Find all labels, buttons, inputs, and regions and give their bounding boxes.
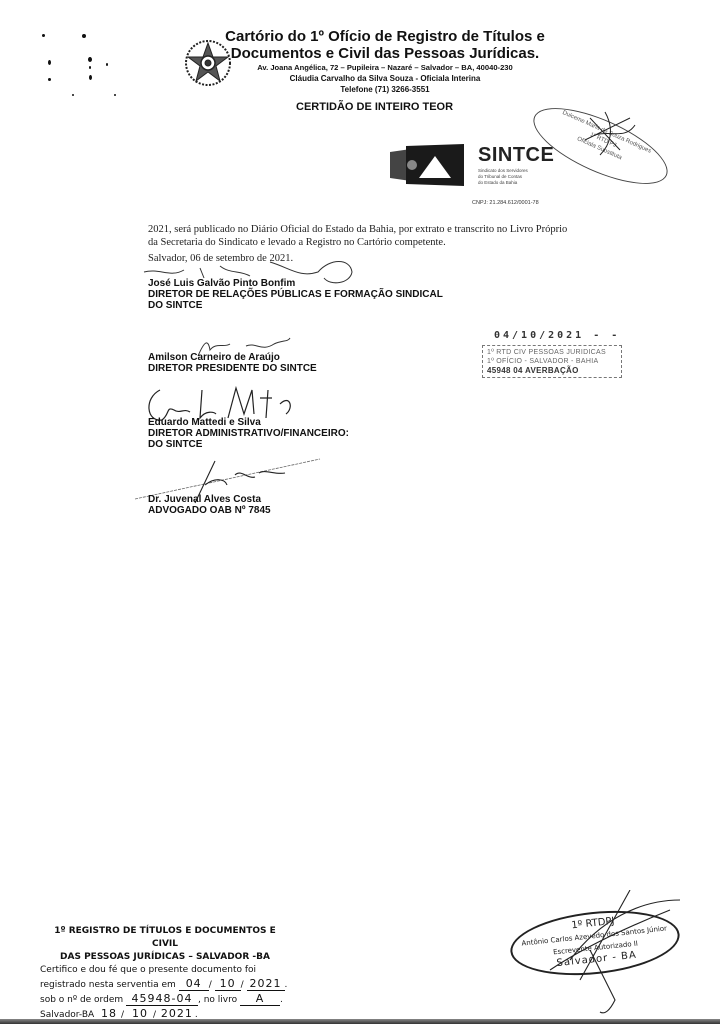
signatory-1-role: DIRETOR DE RELAÇÕES PÚBLICAS E FORMAÇÃO …: [148, 289, 443, 300]
scan-artifacts: [0, 0, 180, 110]
registration-line3: sob o nº de ordem 45948-04, no livro A.: [40, 992, 290, 1007]
signatory-3-role: DIRETOR ADMINISTRATIVO/FINANCEIRO:: [148, 428, 349, 439]
header-title-line1: Cartório do 1º Ofício de Registro de Tít…: [225, 28, 545, 45]
signatory-4-name: Dr. Juvenal Alves Costa: [148, 494, 271, 505]
registration-certificate: 1º REGISTRO DE TÍTULOS E DOCUMENTOS E CI…: [40, 925, 290, 1022]
signatory-2-name: Amilson Carneiro de Araújo: [148, 352, 317, 363]
reg-year: 2021: [247, 977, 285, 991]
reg-day: 04: [179, 977, 209, 991]
signatory-4-role: ADVOGADO OAB Nº 7845: [148, 505, 271, 516]
stamp-signature-icon: [580, 110, 640, 160]
registration-line2: registrado nesta serventia em 04/ 10/ 20…: [40, 977, 290, 992]
signatory-2: Amilson Carneiro de Araújo DIRETOR PRESI…: [148, 352, 317, 374]
signatory-2-role: DIRETOR PRESIDENTE DO SINTCE: [148, 363, 317, 374]
registry-header: Cartório do 1º Ofício de Registro de Tít…: [225, 28, 545, 95]
document-title: CERTIDÃO DE INTEIRO TEOR: [296, 101, 453, 113]
registry-stamp-date: 04/10/2021 - -: [482, 330, 622, 341]
signatory-1: José Luis Galvão Pinto Bonfim DIRETOR DE…: [148, 278, 443, 311]
signatory-3-name: Eduardo Mattedi e Silva: [148, 417, 349, 428]
scan-edge: [0, 1019, 720, 1024]
sintce-logo: SINTCE Sindicato dos Servidores do Tribu…: [388, 142, 568, 207]
registry-stamp: 04/10/2021 - - 1º RTD CIV PESSOAS JURIDI…: [482, 330, 622, 378]
sintce-cnpj: CNPJ: 21.284.612/0001-78: [472, 200, 539, 206]
sintce-subtitle: Sindicato dos Servidores do Tribunal de …: [478, 168, 528, 186]
signatory-3: Eduardo Mattedi e Silva DIRETOR ADMINIST…: [148, 417, 349, 450]
body-paragraph: 2021, será publicado no Diário Oficial d…: [148, 223, 568, 249]
sintce-name: SINTCE: [478, 144, 554, 167]
header-address: Av. Joana Angélica, 72 – Pupileira – Naz…: [225, 62, 545, 73]
registration-heading-line2: DAS PESSOAS JURÍDICAS – SALVADOR -BA: [40, 951, 290, 964]
registration-heading-line1: 1º REGISTRO DE TÍTULOS E DOCUMENTOS E CI…: [40, 925, 290, 951]
signatory-3-role-line2: DO SINTCE: [148, 439, 349, 450]
order-number: 45948-04: [126, 992, 198, 1006]
book-letter: A: [240, 992, 280, 1006]
bottom-signature-icon: [520, 890, 690, 1020]
signatory-4: Dr. Juvenal Alves Costa ADVOGADO OAB Nº …: [148, 494, 271, 516]
header-phone: Telefone (71) 3266-3551: [225, 84, 545, 95]
signatory-1-name: José Luis Galvão Pinto Bonfim: [148, 278, 443, 289]
header-title-line2: Documentos e Civil das Pessoas Jurídicas…: [225, 45, 545, 62]
signatory-1-role-line2: DO SINTCE: [148, 300, 443, 311]
header-officer: Cláudia Carvalho da Silva Souza - Oficia…: [225, 73, 545, 84]
reg-month: 10: [215, 977, 241, 991]
sintce-emblem-icon: [388, 142, 468, 187]
registration-line1: Certifico e dou fé que o presente docume…: [40, 964, 290, 977]
